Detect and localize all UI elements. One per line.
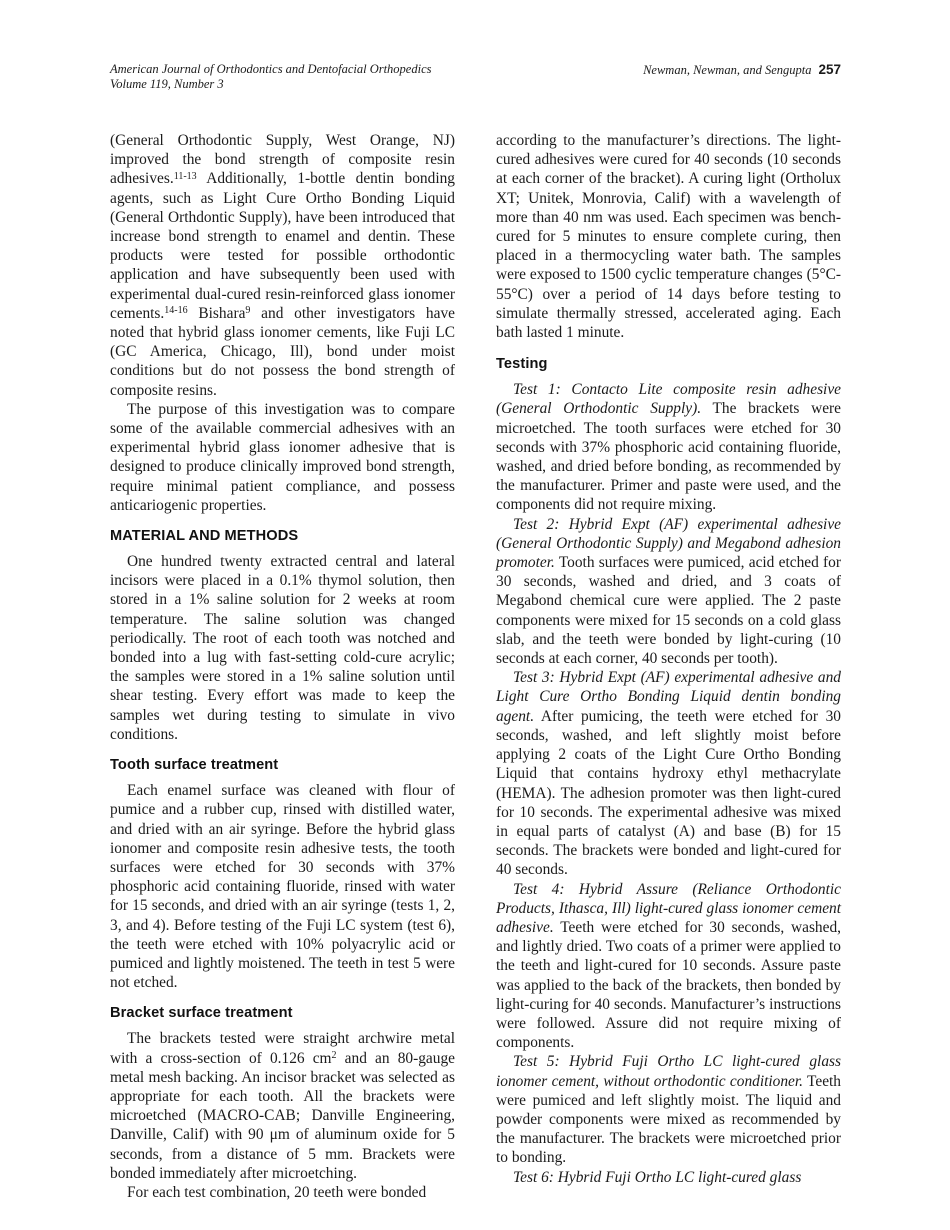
section-heading-material-and-methods: MATERIAL AND METHODS [110, 528, 455, 545]
page-number: 257 [818, 62, 841, 77]
paragraph-curing-continued: according to the manufacturer’s directio… [496, 131, 841, 342]
left-column: (General Orthodontic Supply, West Orange… [110, 131, 455, 1202]
test-lead-italic: Test 5: Hybrid Fuji Ortho LC light-cured… [496, 1053, 841, 1089]
reference-superscript: 11-13 [174, 171, 197, 182]
text-run: Bishara [188, 305, 246, 322]
running-header: American Journal of Orthodontics and Den… [110, 62, 841, 92]
squared-superscript: 2 [332, 1050, 337, 1061]
reference-superscript: 9 [245, 305, 250, 316]
test-paragraph-2: Test 2: Hybrid Expt (AF) experimental ad… [496, 515, 841, 669]
text-run: Additionally, 1-bottle dentin bonding ag… [110, 170, 455, 321]
paragraph-intro-continued: (General Orthodontic Supply, West Orange… [110, 131, 455, 400]
running-authors: Newman, Newman, and Sengupta [643, 63, 811, 77]
right-column: according to the manufacturer’s directio… [496, 131, 841, 1202]
paragraph-test-combination: For each test combination, 20 teeth were… [110, 1183, 455, 1202]
section-heading-testing: Testing [496, 356, 841, 373]
paragraph-purpose: The purpose of this investigation was to… [110, 400, 455, 515]
journal-page: American Journal of Orthodontics and Den… [0, 0, 950, 1230]
test-paragraph-4: Test 4: Hybrid Assure (Reliance Orthodon… [496, 880, 841, 1053]
two-column-body: (General Orthodontic Supply, West Orange… [110, 131, 841, 1202]
journal-title: American Journal of Orthodontics and Den… [110, 62, 432, 77]
reference-superscript: 14-16 [164, 305, 187, 316]
test-paragraph-6: Test 6: Hybrid Fuji Ortho LC light-cured… [496, 1168, 841, 1187]
test-lead-italic: Test 6: Hybrid Fuji Ortho LC light-cured… [513, 1169, 801, 1186]
running-header-left: American Journal of Orthodontics and Den… [110, 62, 432, 92]
paragraph-tooth-surface: Each enamel surface was cleaned with flo… [110, 781, 455, 992]
running-header-right: Newman, Newman, and Sengupta257 [643, 62, 841, 78]
test-paragraph-5: Test 5: Hybrid Fuji Ortho LC light-cured… [496, 1052, 841, 1167]
text-run: and an 80-gauge metal mesh backing. An i… [110, 1050, 455, 1182]
test-paragraph-1: Test 1: Contacto Lite composite resin ad… [496, 380, 841, 514]
paragraph-bracket-surface: The brackets tested were straight archwi… [110, 1029, 455, 1183]
test-paragraph-3: Test 3: Hybrid Expt (AF) experimental ad… [496, 668, 841, 879]
section-heading-tooth-surface-treatment: Tooth surface treatment [110, 757, 455, 774]
section-heading-bracket-surface-treatment: Bracket surface treatment [110, 1005, 455, 1022]
text-run: After pumicing, the teeth were etched fo… [496, 708, 841, 879]
paragraph-specimens: One hundred twenty extracted central and… [110, 552, 455, 744]
text-run: Teeth were etched for 30 seconds, washed… [496, 919, 841, 1051]
journal-volume: Volume 119, Number 3 [110, 77, 432, 92]
